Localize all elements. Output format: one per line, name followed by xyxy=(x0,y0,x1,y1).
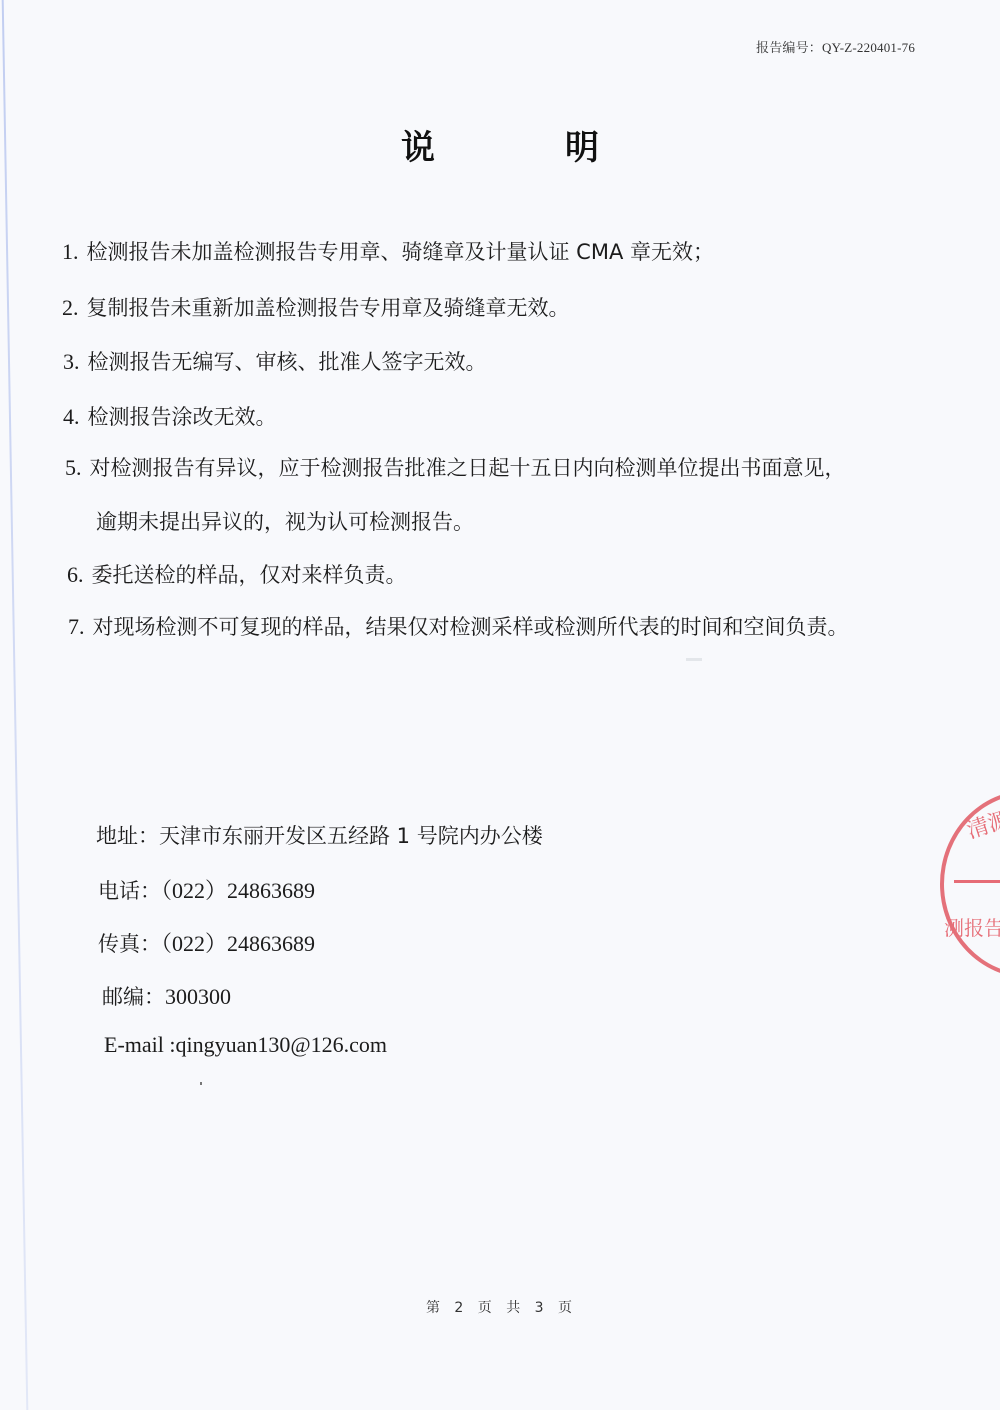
note-number: 2. xyxy=(62,295,79,320)
title-char-1: 说 xyxy=(401,120,435,169)
address-label: 地址： xyxy=(96,824,159,848)
fax-label: 传真： xyxy=(98,932,161,956)
note-number: 6. xyxy=(67,562,84,587)
note-item-3: 3.检测报告无编写、审核、批准人签字无效。 xyxy=(63,346,487,376)
contact-address: 地址：天津市东丽开发区五经路 1 号院内办公楼 xyxy=(96,820,543,850)
note-number: 4. xyxy=(63,404,80,429)
contact-postcode: 邮编：300300 xyxy=(102,981,231,1011)
note-number: 1. xyxy=(62,239,79,264)
note-text: 委托送检的样品，仅对来样负责。 xyxy=(92,563,407,587)
note-text: 检测报告无编写、审核、批准人签字无效。 xyxy=(88,350,487,374)
note-number: 7. xyxy=(68,614,85,639)
note-item-4: 4.检测报告涂改无效。 xyxy=(63,401,277,431)
scan-speck xyxy=(686,658,702,661)
note-item-1: 1.检测报告未加盖检测报告专用章、骑缝章及计量认证 CMA 章无效； xyxy=(62,236,714,266)
note-text: 检测报告未加盖检测报告专用章、骑缝章及计量认证 CMA 章无效； xyxy=(87,240,715,264)
contact-phone: 电话：（022）24863689 xyxy=(98,874,315,905)
seal-bottom-text: 测报告 xyxy=(944,912,1000,941)
note-text: 检测报告涂改无效。 xyxy=(88,405,277,429)
address-value: 天津市东丽开发区五经路 1 号院内办公楼 xyxy=(159,824,543,848)
contact-email: E-mail :qingyuan130@126.com xyxy=(104,1032,387,1058)
note-item-5-continuation: 逾期未提出异议的，视为认可检测报告。 xyxy=(96,506,474,536)
phone-label: 电话： xyxy=(98,879,161,903)
note-item-2: 2.复制报告未重新加盖检测报告专用章及骑缝章无效。 xyxy=(62,292,570,322)
seal-arrow-icon xyxy=(954,880,1000,883)
note-number: 5. xyxy=(65,455,82,480)
postcode-label: 邮编： xyxy=(102,985,165,1009)
note-text: 对现场检测不可复现的样品，结果仅对检测采样或检测所代表的时间和空间负责。 xyxy=(93,615,849,639)
scan-dot xyxy=(200,1082,202,1085)
note-text: 对检测报告有异议，应于检测报告批准之日起十五日内向检测单位提出书面意见， xyxy=(90,456,846,480)
seal-top-text: 清源 xyxy=(962,802,1000,845)
note-item-7: 7.对现场检测不可复现的样品，结果仅对检测采样或检测所代表的时间和空间负责。 xyxy=(68,611,849,641)
title-char-2: 明 xyxy=(565,120,599,169)
scan-edge-line xyxy=(2,0,29,1410)
contact-fax: 传真：（022）24863689 xyxy=(98,927,315,958)
phone-value: （022）24863689 xyxy=(161,878,315,903)
fax-value: （022）24863689 xyxy=(161,931,315,956)
postcode-value: 300300 xyxy=(165,984,231,1009)
official-seal: 清源 测报告 xyxy=(940,790,1000,978)
page-number: 第 2 页 共 3 页 xyxy=(0,1297,1000,1317)
report-number: 报告编号：QY-Z-220401-76 xyxy=(756,37,915,56)
page-title: 说 明 xyxy=(0,120,1000,169)
note-item-5: 5.对检测报告有异议，应于检测报告批准之日起十五日内向检测单位提出书面意见， xyxy=(65,452,846,482)
note-text: 复制报告未重新加盖检测报告专用章及骑缝章无效。 xyxy=(87,296,570,320)
note-number: 3. xyxy=(63,349,80,374)
note-item-6: 6.委托送检的样品，仅对来样负责。 xyxy=(67,559,407,589)
